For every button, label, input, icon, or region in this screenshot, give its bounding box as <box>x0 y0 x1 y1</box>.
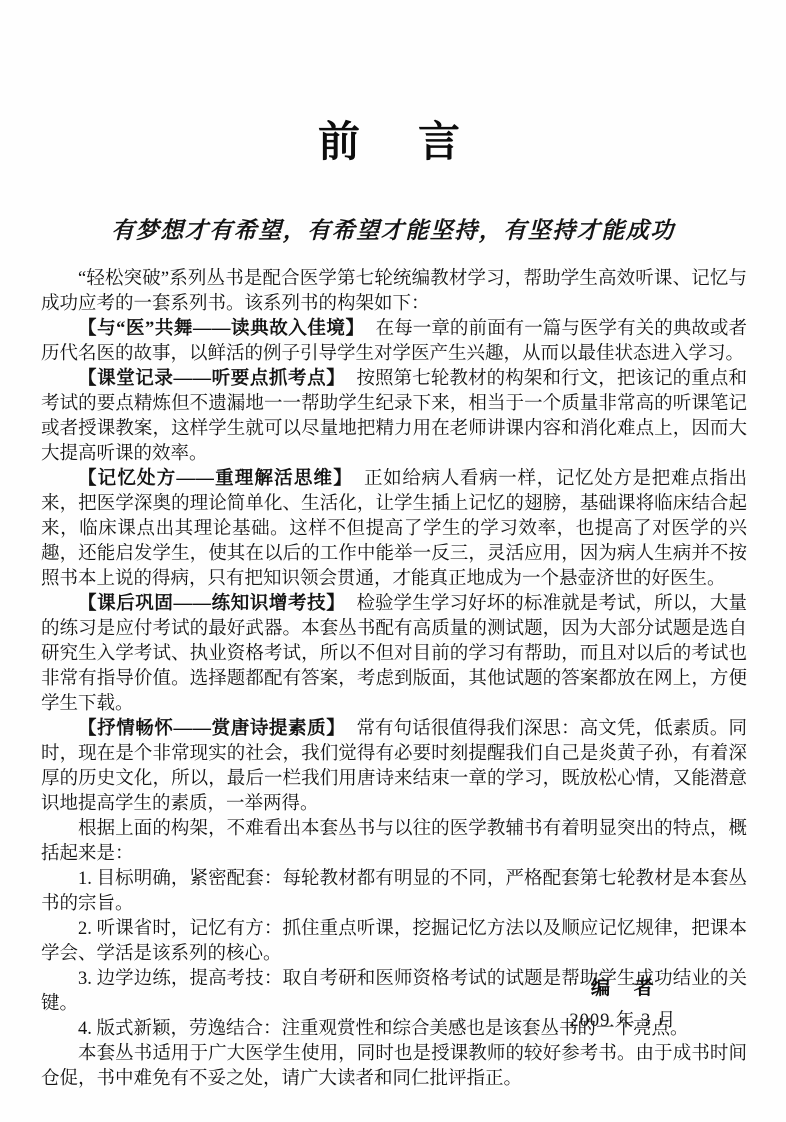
preface-page: 前 言 有梦想才有希望，有希望才能坚持，有坚持才能成功 “轻松突破”系列丛书是配… <box>0 0 786 1122</box>
intro-paragraph: “轻松突破”系列丛书是配合医学第七轮统编教材学习，帮助学生高效听课、记忆与成功应… <box>41 267 747 317</box>
section-paragraph-ke-tang-ji-lu: 【课堂记录——听要点抓考点】按照第七轮教材的构架和行文，把该记的重点和考试的要点… <box>41 367 747 467</box>
section-header: 【记忆处方——重理解活思维】 <box>78 469 353 489</box>
section-paragraph-ji-yi-chu-fang: 【记忆处方——重理解活思维】正如给病人看病一样，记忆处方是把难点指出来，把医学深… <box>41 467 747 592</box>
motto-line: 有梦想才有希望，有希望才能坚持，有坚持才能成功 <box>0 212 786 245</box>
section-paragraph-ke-hou-gong-gu: 【课后巩固——练知识增考技】检验学生学习好坏的标准就是考试，所以，大量的练习是应… <box>41 592 747 717</box>
preface-body: “轻松突破”系列丛书是配合医学第七轮统编教材学习，帮助学生高效听课、记忆与成功应… <box>41 267 747 1092</box>
section-header: 【课后巩固——练知识增考技】 <box>78 594 345 614</box>
page-title: 前 言 <box>0 120 786 166</box>
publication-date: 2009 年 3 月 <box>548 1006 698 1032</box>
section-paragraph-shu-qing-chang-huai: 【抒情畅怀——赏唐诗提素质】常有句话很值得我们深思：高文凭，低素质。同时，现在是… <box>41 717 747 817</box>
section-header: 【课堂记录——听要点抓考点】 <box>78 369 345 389</box>
feature-item-2: 2. 听课省时，记忆有方：抓住重点听课，挖掘记忆方法以及顺应记忆规律，把课本学会… <box>41 917 747 967</box>
closing-paragraph: 本套丛书适用于广大医学生使用，同时也是授课教师的较好参考书。由于成书时间仓促，书… <box>41 1042 747 1092</box>
section-header: 【与“医”共舞——读典故入佳境】 <box>78 319 365 339</box>
summary-intro-paragraph: 根据上面的构架，不难看出本套丛书与以往的医学教辅书有着明显突出的特点，概括起来是… <box>41 817 747 867</box>
section-paragraph-dian-gu: 【与“医”共舞——读典故入佳境】在每一章的前面有一篇与医学有关的典故或者历代名医… <box>41 317 747 367</box>
author-signature: 编 者 <box>548 972 698 1000</box>
signature-block: 编 者 2009 年 3 月 <box>548 972 698 1032</box>
section-header: 【抒情畅怀——赏唐诗提素质】 <box>78 719 345 739</box>
feature-item-1: 1. 目标明确，紧密配套：每轮教材都有明显的不同，严格配套第七轮教材是本套丛书的… <box>41 867 747 917</box>
